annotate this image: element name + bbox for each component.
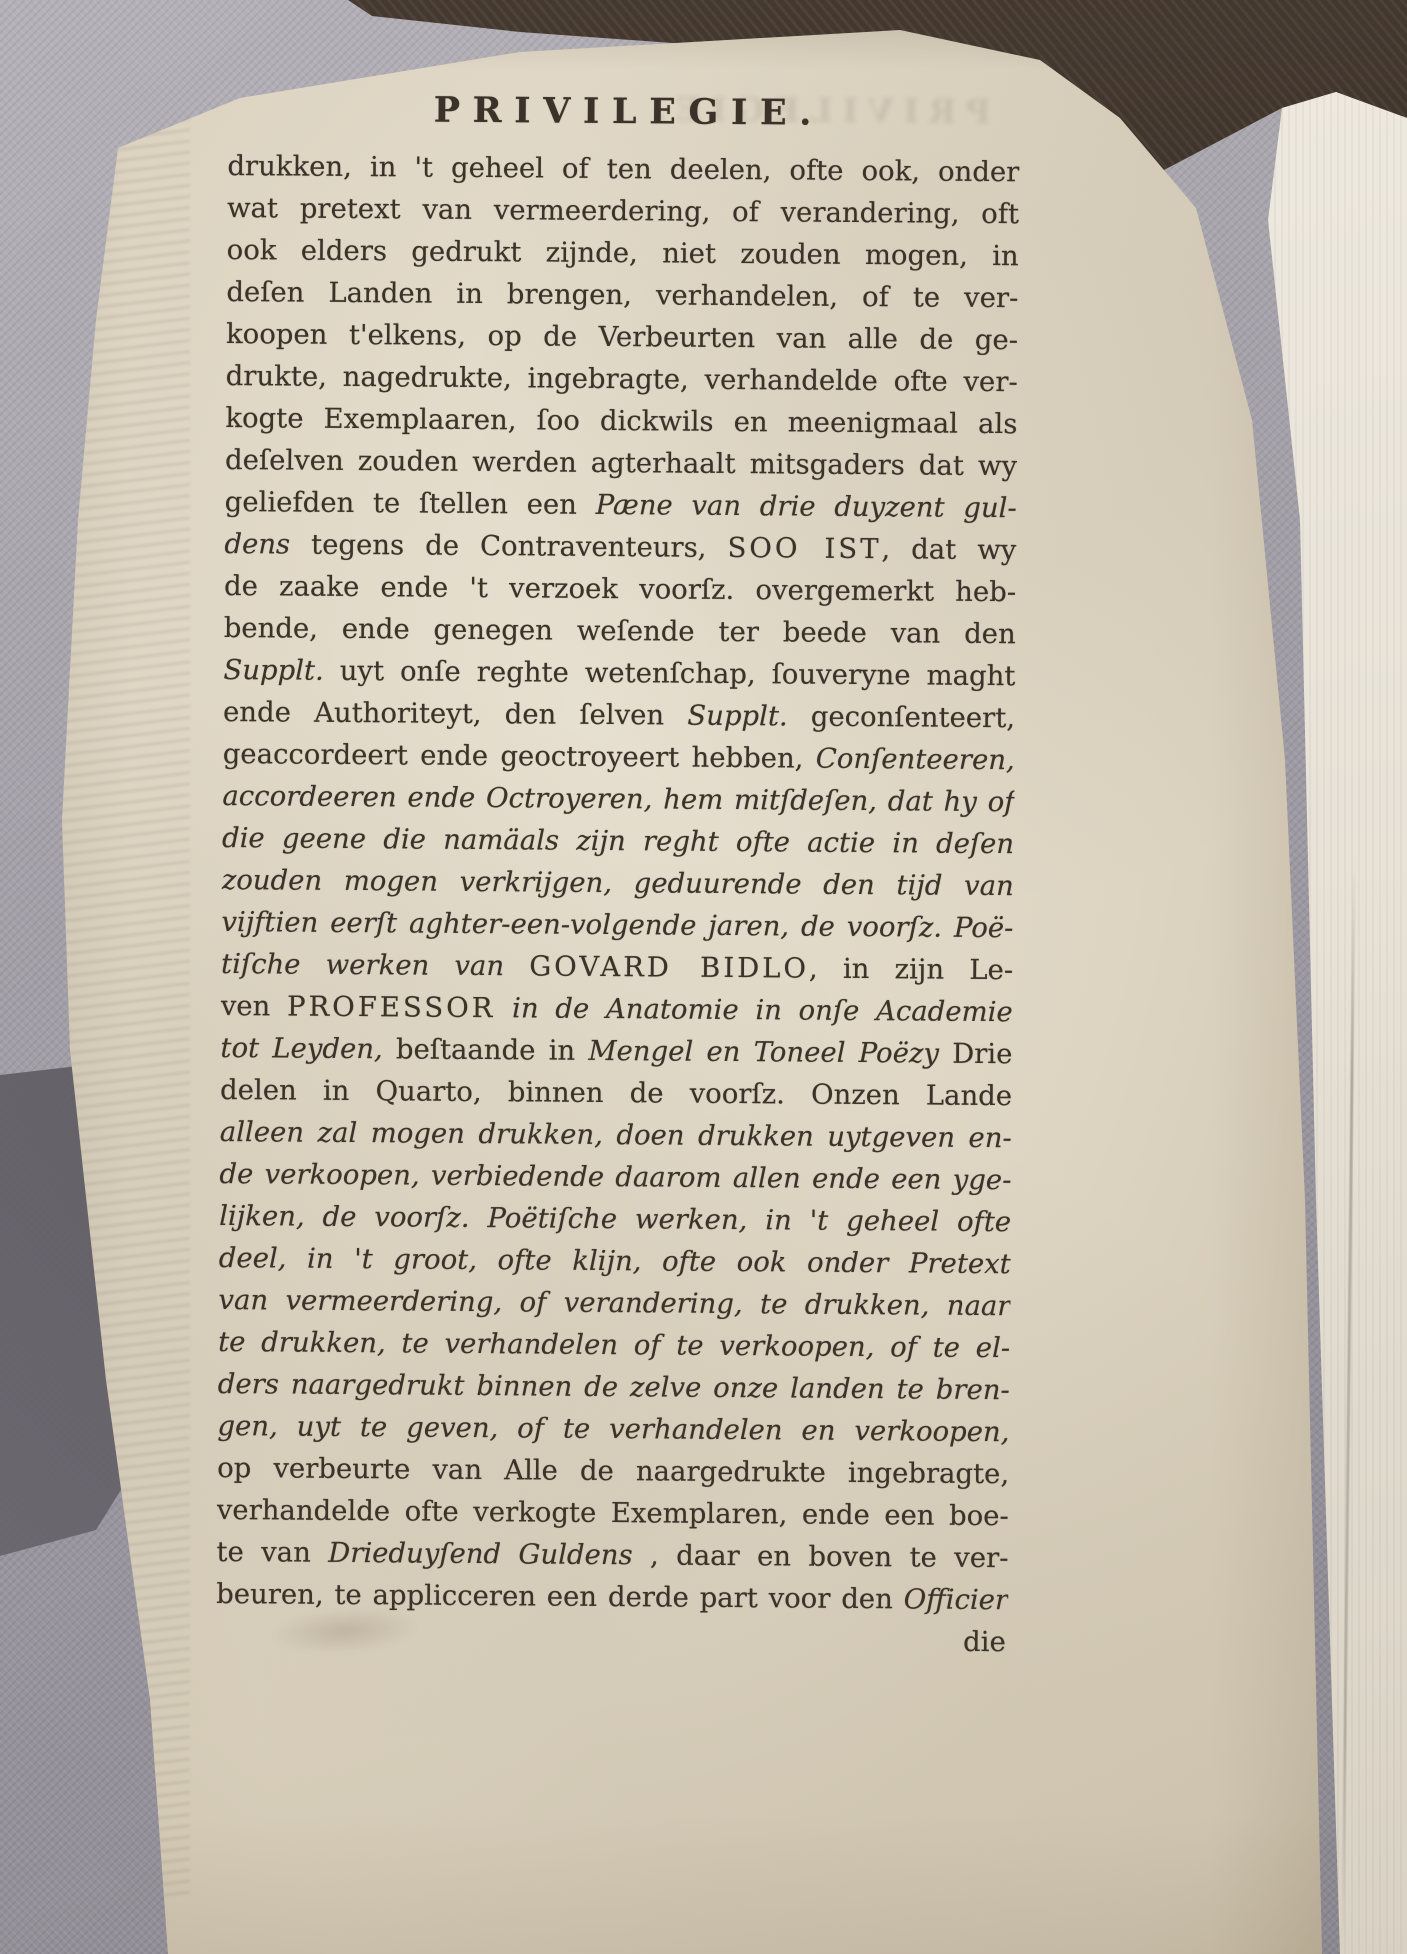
text-line: drukte, nagedrukte, ingebragte, verhande… (226, 355, 1018, 403)
text-line: beuren, te applicceren een derde part vo… (216, 1573, 1008, 1621)
text-line: delen in Quarto, binnen de voorſz. Onzen… (220, 1069, 1012, 1117)
text-line: van vermeerdering, of verandering, te dr… (218, 1279, 1010, 1327)
text-line: te van Drieduyſend Guldens , daar en bov… (216, 1531, 1008, 1579)
text-line: kogte Exemplaaren, ſoo dickwils en meeni… (225, 397, 1017, 445)
text-line: bende, ende genegen weſende ter beede va… (224, 607, 1016, 655)
text-line: Supplt. uyt onſe reghte wetenſchap, ſouv… (223, 649, 1015, 697)
text-line: lijken, de voorſz. Poëtiſche werken, in … (219, 1195, 1011, 1243)
catchword: die (216, 1615, 1008, 1663)
text-line: alleen zal mogen drukken, doen drukken u… (220, 1111, 1012, 1159)
page-heading: PRIVILEGIE. (238, 88, 1020, 135)
text-line: ook elders gedrukt zijnde, niet zouden m… (227, 229, 1019, 277)
text-line: te drukken, te verhandelen of te verkoop… (218, 1321, 1010, 1369)
text-line: koopen t'elkens, op de Verbeurten van al… (226, 313, 1018, 361)
text-line: tot Leyden, beſtaande in Mengel en Tonee… (220, 1027, 1012, 1075)
text-line: geaccordeert ende geoctroyeert hebben, C… (223, 733, 1015, 781)
text-line: dens tegens de Contraventeurs, SOO IST, … (224, 523, 1016, 571)
page-content: PRIVILEGIE. PRIVILEGIE. drukken, in 't g… (216, 88, 1020, 1663)
text-line: ders naargedrukt binnen de zelve onze la… (218, 1363, 1010, 1411)
text-line: drukken, in 't geheel of ten deelen, oft… (227, 145, 1019, 193)
text-line: verhandelde ofte verkogte Exemplaren, en… (217, 1489, 1009, 1537)
text-line: deel, in 't groot, ofte klijn, ofte ook … (219, 1237, 1011, 1285)
text-line: gen, uyt te geven, of te verhandelen en … (217, 1405, 1009, 1453)
text-line: vijftien eerſt aghter-een-volgende jaren… (221, 901, 1013, 949)
text-line: de zaake ende 't verzoek voorſz. overgem… (224, 565, 1016, 613)
text-line: die geene die namäals zijn reght ofte ac… (222, 817, 1014, 865)
text-line: zouden mogen verkrijgen, geduurende den … (222, 859, 1014, 907)
text-lines: drukken, in 't geheel of ten deelen, oft… (216, 145, 1020, 1621)
text-line: ven PROFESSOR in de Anatomie in onſe Aca… (221, 985, 1013, 1033)
text-line: tiſche werken van GOVARD BIDLO, in zijn … (221, 943, 1013, 991)
text-line: geliefden te ſtellen een Pæne van drie d… (225, 481, 1017, 529)
text-line: wat pretext van vermeerdering, of verand… (227, 187, 1019, 235)
text-line: deſen Landen in brengen, verhandelen, of… (226, 271, 1018, 319)
book-page: PRIVILEGIE. PRIVILEGIE. drukken, in 't g… (0, 0, 1407, 1954)
text-line: ende Authoriteyt, den ſelven Supplt. gec… (223, 691, 1015, 739)
text-line: accordeeren ende Octroyeren, hem mitſdeſ… (222, 775, 1014, 823)
text-line: op verbeurte van Alle de naargedrukte in… (217, 1447, 1009, 1495)
text-line: deſelven zouden werden agterhaalt mitsga… (225, 439, 1017, 487)
text-line: de verkoopen, verbiedende daarom allen e… (219, 1153, 1011, 1201)
